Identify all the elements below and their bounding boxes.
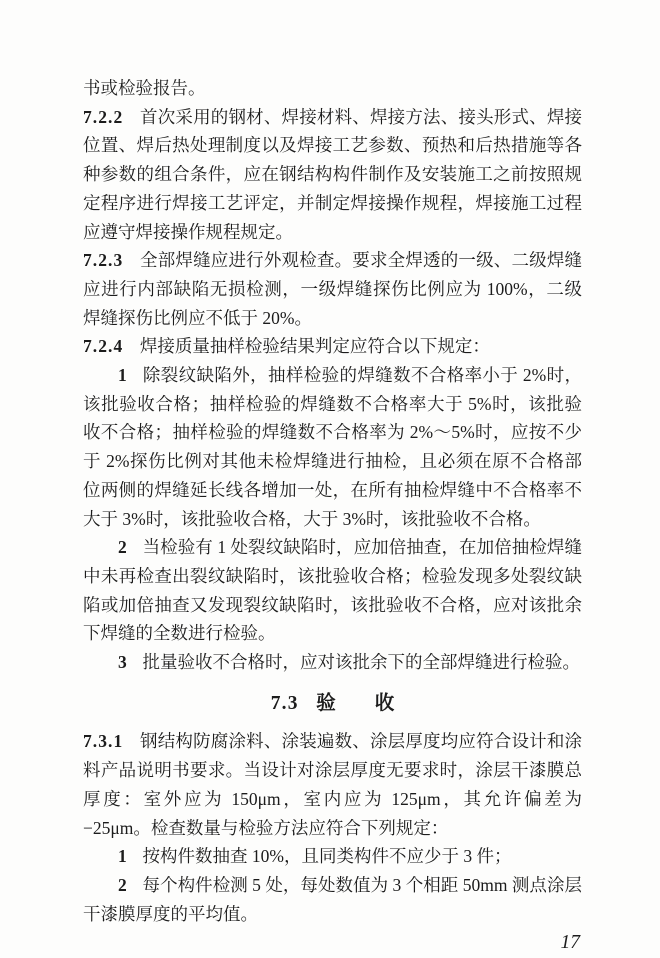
clause-number: 7.3.1 bbox=[83, 731, 123, 751]
clause-number: 7.2.2 bbox=[83, 107, 123, 127]
clause-text: 钢结构防腐涂料、涂装遍数、涂层厚度均应符合设计和涂料产品说明书要求。当设计对涂层… bbox=[83, 731, 582, 837]
section-number: 7.3 bbox=[271, 693, 299, 714]
item-number: 2 bbox=[118, 875, 127, 895]
paragraph-continuation: 书或检验报告。 bbox=[83, 74, 582, 103]
scanned-document-page: 书或检验报告。 7.2.2首次采用的钢材、焊接材料、焊接方法、接头形式、焊接位置… bbox=[0, 0, 660, 958]
clause-text: 全部焊缝应进行外观检查。要求全焊透的一级、二级焊缝应进行内部缺陷无损检测，一级焊… bbox=[83, 250, 582, 327]
item-number: 1 bbox=[118, 365, 127, 385]
item-text: 当检验有 1 处裂纹缺陷时，应加倍抽查，在加倍抽检焊缝中未再检查出裂纹缺陷时，该… bbox=[83, 537, 582, 643]
item-text: 按构件数抽查 10%，且同类构件不应少于 3 件； bbox=[143, 846, 512, 866]
list-item-1: 1按构件数抽查 10%，且同类构件不应少于 3 件； bbox=[83, 842, 582, 871]
clause-text: 焊接质量抽样检验结果判定应符合以下规定： bbox=[140, 336, 490, 356]
clause-7-2-3: 7.2.3全部焊缝应进行外观检查。要求全焊透的一级、二级焊缝应进行内部缺陷无损检… bbox=[83, 246, 582, 332]
continuation-text: 书或检验报告。 bbox=[83, 78, 206, 98]
page-number: 17 bbox=[83, 929, 582, 958]
item-text: 除裂纹缺陷外，抽样检验的焊缝数不合格率小于 2%时，该批验收合格；抽样检验的焊缝… bbox=[83, 365, 582, 529]
clause-text: 首次采用的钢材、焊接材料、焊接方法、接头形式、焊接位置、焊后热处理制度以及焊接工… bbox=[83, 107, 582, 242]
page-number-text: 17 bbox=[561, 932, 581, 953]
section-title: 验 收 bbox=[316, 693, 394, 714]
item-text: 每个构件检测 5 处，每处数值为 3 个相距 50mm 测点涂层干漆膜厚度的平均… bbox=[83, 875, 582, 924]
clause-7-2-4: 7.2.4焊接质量抽样检验结果判定应符合以下规定： bbox=[83, 332, 582, 361]
clause-7-3-1: 7.3.1钢结构防腐涂料、涂装遍数、涂层厚度均应符合设计和涂料产品说明书要求。当… bbox=[83, 727, 582, 842]
item-number: 3 bbox=[118, 652, 127, 672]
clause-number: 7.2.4 bbox=[83, 336, 123, 356]
list-item-2: 2当检验有 1 处裂纹缺陷时，应加倍抽查，在加倍抽检焊缝中未再检查出裂纹缺陷时，… bbox=[83, 533, 582, 648]
item-text: 批量验收不合格时，应对该批余下的全部焊缝进行检验。 bbox=[143, 652, 581, 672]
list-item-2: 2每个构件检测 5 处，每处数值为 3 个相距 50mm 测点涂层干漆膜厚度的平… bbox=[83, 871, 582, 928]
item-number: 1 bbox=[118, 846, 127, 866]
clause-7-2-2: 7.2.2首次采用的钢材、焊接材料、焊接方法、接头形式、焊接位置、焊后热处理制度… bbox=[83, 103, 582, 247]
section-heading-7-3: 7.3验 收 bbox=[83, 690, 582, 719]
clause-number: 7.2.3 bbox=[83, 250, 123, 270]
list-item-1: 1除裂纹缺陷外，抽样检验的焊缝数不合格率小于 2%时，该批验收合格；抽样检验的焊… bbox=[83, 361, 582, 533]
list-item-3: 3批量验收不合格时，应对该批余下的全部焊缝进行检验。 bbox=[83, 648, 582, 677]
item-number: 2 bbox=[118, 537, 127, 557]
